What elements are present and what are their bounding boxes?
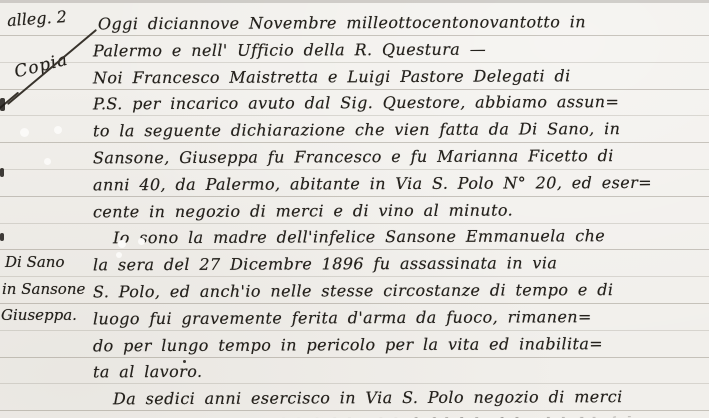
margin-note-declarant-surname: Di Sano (5, 253, 65, 271)
margin-note-copy: Copia (12, 50, 70, 83)
margin-note-attachment: alleg. 2 (6, 7, 67, 30)
handwritten-line: Palermo e nell' Ufficio della R. Questur… (93, 36, 705, 66)
ink-smudge (0, 233, 4, 241)
handwritten-line: to la seguente dichiarazione che vien fa… (93, 116, 705, 146)
paper-speck (54, 126, 62, 134)
scanned-manuscript-page: alleg. 2 Copia Di Sano in Sansone Giusep… (0, 0, 709, 418)
paper-speck (118, 240, 126, 248)
paper-speck (138, 238, 145, 245)
ink-smudge (0, 98, 5, 111)
ink-smudge (0, 168, 4, 177)
scan-top-edge (0, 0, 709, 3)
handwritten-line: Io sono la madre dell'infelice Sansone E… (93, 223, 709, 253)
handwritten-line: S. Polo, ed anch'io nelle stesse circost… (93, 277, 705, 307)
margin-note-declarant-firstname: Giuseppa. (1, 306, 77, 324)
paper-speck (20, 128, 29, 137)
scan-artifacts (0, 0, 1, 1)
handwritten-line: Noi Francesco Maistretta e Luigi Pastore… (93, 63, 705, 93)
handwritten-line: la sera del 27 Dicembre 1896 fu assassin… (93, 250, 705, 280)
handwritten-line: Da sedici anni esercisco in Via S. Polo … (93, 384, 709, 414)
handwritten-line: Oggi diciannove Novembre milleottocenton… (93, 9, 709, 39)
handwritten-line: do per lungo tempo in pericolo per la vi… (93, 331, 705, 361)
handwritten-line: anni 40, da Palermo, abitante in Via S. … (93, 170, 705, 200)
ink-speck (183, 360, 186, 363)
handwritten-line: cente in negozio di merci e di vino al m… (93, 197, 705, 227)
handwritten-line: luogo fui gravemente ferita d'arma da fu… (93, 304, 705, 334)
handwritten-line: P.S. per incarico avuto dal Sig. Questor… (93, 89, 705, 119)
paper-speck (44, 158, 51, 165)
paper-speck (116, 252, 122, 258)
handwritten-line: Sansone, Giuseppa fu Francesco e fu Mari… (93, 143, 705, 173)
margin-note-declarant-married-name: in Sansone (2, 280, 85, 298)
